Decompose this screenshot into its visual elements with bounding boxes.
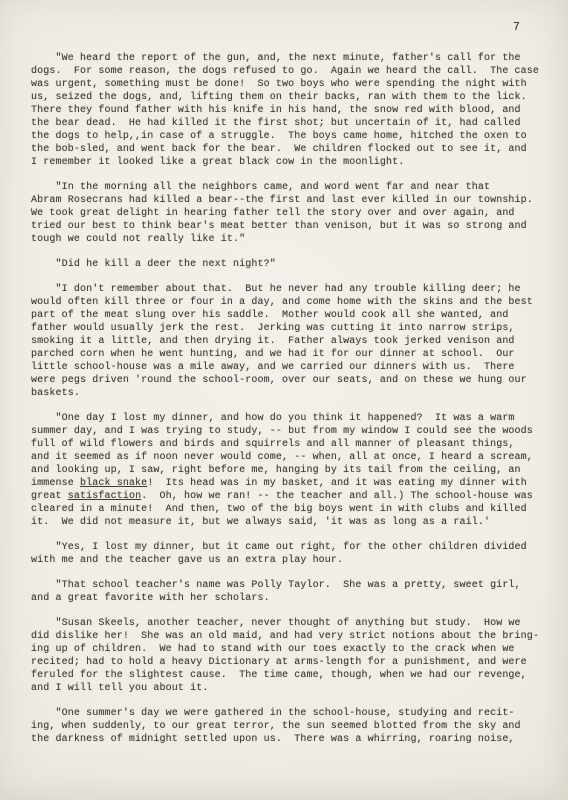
text-line: and a great favorite with her scholars. bbox=[31, 592, 550, 605]
text-line: There they found father with his knife i… bbox=[31, 104, 550, 117]
text-line: baskets. bbox=[31, 387, 550, 400]
text-line: recited; had to hold a heavy Dictionary … bbox=[31, 656, 550, 669]
text-line: were pegs driven 'round the school-room,… bbox=[31, 374, 550, 387]
text-line: the bob-sled, and went back for the bear… bbox=[31, 143, 550, 156]
text-line: I remember it looked like a great black … bbox=[31, 156, 550, 169]
text-line: "We heard the report of the gun, and, th… bbox=[31, 52, 550, 65]
text-line: feruled for the slightest cause. The tim… bbox=[31, 669, 550, 682]
text-line: full of wild flowers and birds and squir… bbox=[31, 438, 550, 451]
text-line: "Susan Skeels, another teacher, never th… bbox=[31, 617, 550, 630]
text-line: and it seemed as if noon never would com… bbox=[31, 451, 550, 464]
text-line: tough we could not really like it." bbox=[31, 233, 550, 246]
paragraph: "Did he kill a deer the next night?" bbox=[31, 258, 550, 271]
document-page: 7 "We heard the report of the gun, and, … bbox=[0, 0, 568, 800]
paragraph: "I don't remember about that. But he nev… bbox=[31, 283, 550, 400]
paragraph: "Susan Skeels, another teacher, never th… bbox=[31, 617, 550, 695]
text-line: "That school teacher's name was Polly Ta… bbox=[31, 579, 550, 592]
text-line: it. We did not measure it, but we always… bbox=[31, 516, 550, 529]
text-line: smoking it a little, and then drying it.… bbox=[31, 335, 550, 348]
text-line: and looking up, I saw, right before me, … bbox=[31, 464, 550, 477]
text-line: summer day, and I was trying to study, -… bbox=[31, 425, 550, 438]
text-line: cleared in a minute! And then, two of th… bbox=[31, 503, 550, 516]
paragraph: "In the morning all the neighbors came, … bbox=[31, 181, 550, 246]
text-line: did dislike her! She was an old maid, an… bbox=[31, 630, 550, 643]
text-line: with me and the teacher gave us an extra… bbox=[31, 554, 550, 567]
page-number: 7 bbox=[513, 21, 520, 34]
text-line: us, seized the dogs, and, lifting them o… bbox=[31, 91, 550, 104]
text-line: dogs. For some reason, the dogs refused … bbox=[31, 65, 550, 78]
paragraph: "That school teacher's name was Polly Ta… bbox=[31, 579, 550, 605]
text-line: We took great delight in hearing father … bbox=[31, 207, 550, 220]
text-line: part of the meat slung over his saddle. … bbox=[31, 309, 550, 322]
text-line: father would usually jerk the rest. Jerk… bbox=[31, 322, 550, 335]
text-line: immense black snake! Its head was in my … bbox=[31, 477, 550, 490]
text-line: ing, when suddenly, to our great terror,… bbox=[31, 720, 550, 733]
paragraph: "One summer's day we were gathered in th… bbox=[31, 707, 550, 746]
page-body: "We heard the report of the gun, and, th… bbox=[31, 52, 550, 758]
paragraph: "One day I lost my dinner, and how do yo… bbox=[31, 412, 550, 529]
text-line: the darkness of midnight settled upon us… bbox=[31, 733, 550, 746]
text-line: was urgent, something must be done! So t… bbox=[31, 78, 550, 91]
text-line: "In the morning all the neighbors came, … bbox=[31, 181, 550, 194]
paragraph: "Yes, I lost my dinner, but it came out … bbox=[31, 541, 550, 567]
text-line: would often kill three or four in a day,… bbox=[31, 296, 550, 309]
text-line: ing up of children. We had to stand with… bbox=[31, 643, 550, 656]
text-line: "Yes, I lost my dinner, but it came out … bbox=[31, 541, 550, 554]
text-line: little school-house was a mile away, and… bbox=[31, 361, 550, 374]
text-line: "I don't remember about that. But he nev… bbox=[31, 283, 550, 296]
text-line: the bear dead. He had killed it the firs… bbox=[31, 117, 550, 130]
text-line: "One summer's day we were gathered in th… bbox=[31, 707, 550, 720]
text-line: the dogs to help,,in case of a struggle.… bbox=[31, 130, 550, 143]
text-line: parched corn when he went hunting, and w… bbox=[31, 348, 550, 361]
text-line: and I will tell you about it. bbox=[31, 682, 550, 695]
text-line: tried our best to think bear's meat bett… bbox=[31, 220, 550, 233]
text-line: "Did he kill a deer the next night?" bbox=[31, 258, 550, 271]
text-line: "One day I lost my dinner, and how do yo… bbox=[31, 412, 550, 425]
paragraph: "We heard the report of the gun, and, th… bbox=[31, 52, 550, 169]
text-line: great satisfaction. Oh, how we ran! -- t… bbox=[31, 490, 550, 503]
text-line: Abram Rosecrans had killed a bear--the f… bbox=[31, 194, 550, 207]
